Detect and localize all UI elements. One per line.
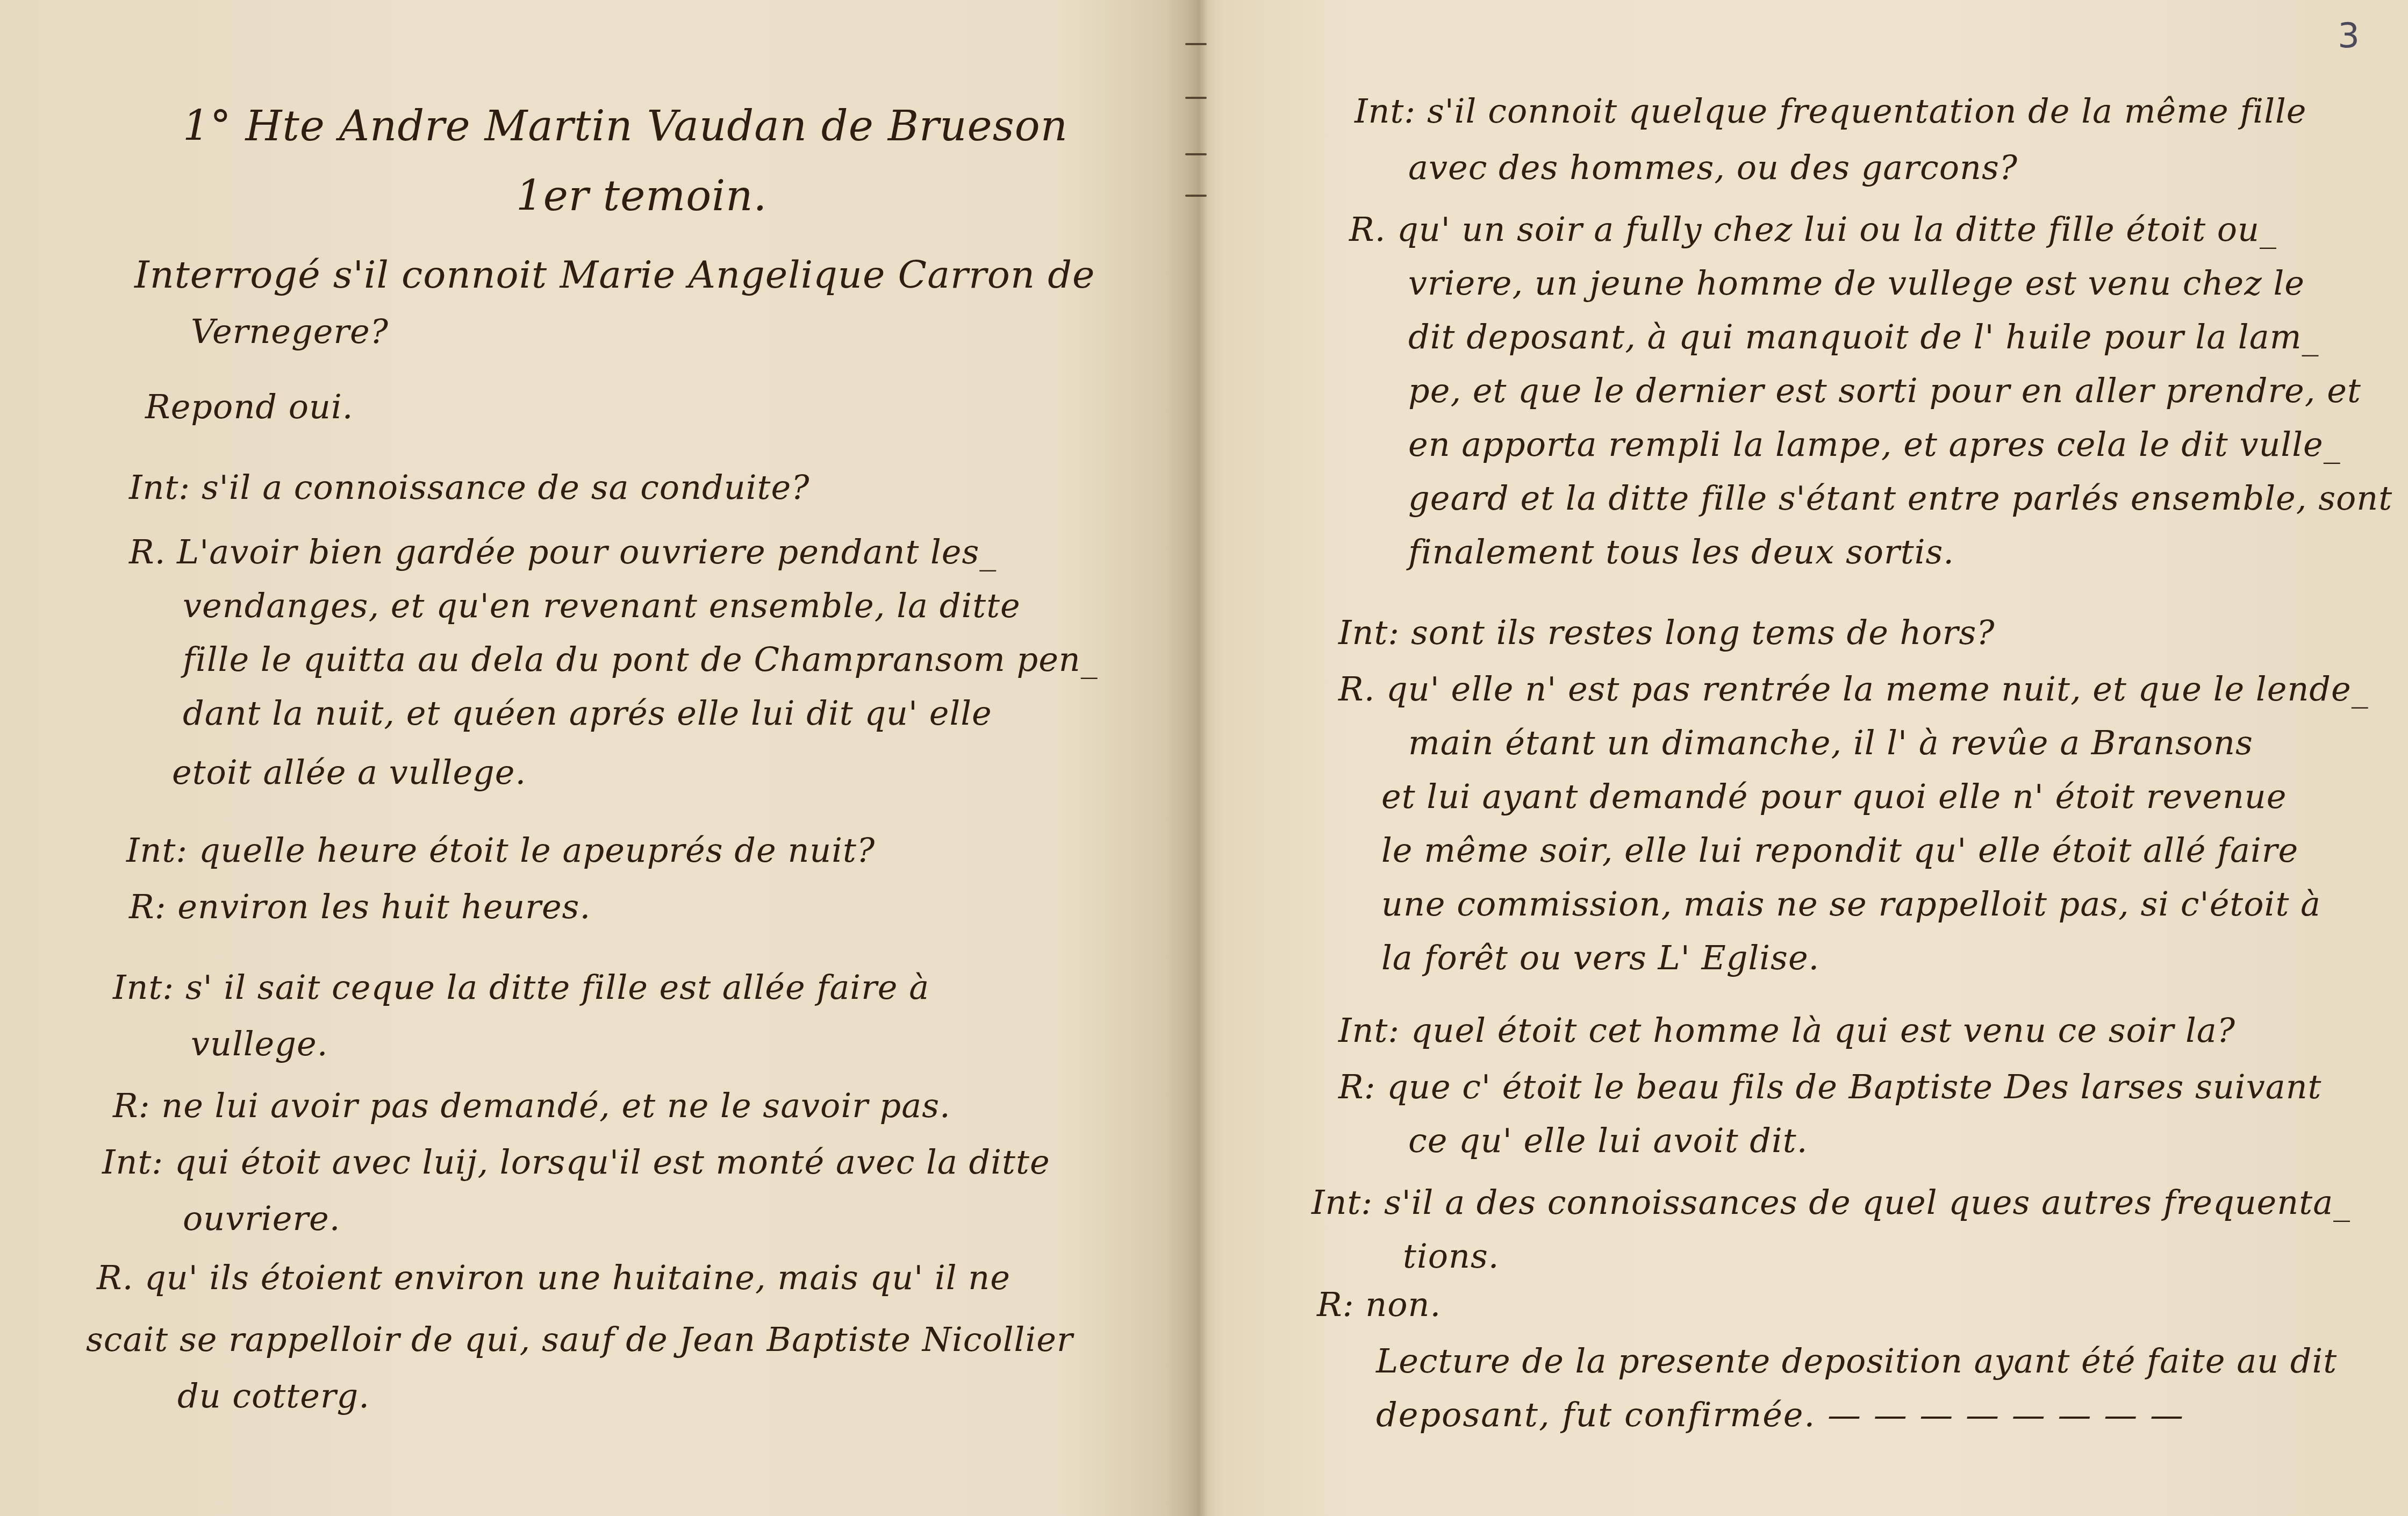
- text-line: Interrogé s'il connoit Marie Angelique C…: [134, 253, 1095, 297]
- witness-label: 1er temoin.: [516, 172, 767, 220]
- text-line: Int: quelle heure étoit le apeuprés de n…: [126, 831, 875, 870]
- text-line: scait se rappelloir de qui, sauf de Jean…: [86, 1320, 1073, 1359]
- text-line: en apporta rempli la lampe, et apres cel…: [1408, 425, 2341, 464]
- text-line: tions.: [1403, 1236, 1500, 1276]
- text-line: R: non.: [1317, 1285, 1441, 1324]
- text-line: finalement tous les deux sortis.: [1408, 532, 1954, 571]
- text-line: Vernegere?: [191, 312, 389, 351]
- deposition-heading: 1° Hte Andre Martin Vaudan de Brueson: [183, 102, 1068, 151]
- text-line: du cotterg.: [177, 1376, 370, 1415]
- text-line: fille le quitta au dela du pont de Champ…: [183, 640, 1098, 679]
- text-line: dant la nuit, et quéen aprés elle lui di…: [183, 693, 992, 733]
- text-line: vriere, un jeune homme de vullege est ve…: [1408, 263, 2305, 303]
- text-line: R: que c' étoit le beau fils de Baptiste…: [1338, 1067, 2321, 1106]
- text-line: main étant un dimanche, il l' à revûe a …: [1408, 723, 2253, 762]
- text-line: Int: s'il a connoissance de sa conduite?: [129, 468, 809, 507]
- page-number: 3: [2338, 16, 2360, 56]
- text-line: etoit allée a vullege.: [172, 753, 526, 792]
- text-line: ouvriere.: [183, 1199, 340, 1238]
- text-line: Int: s'il a des connoissances de quel qu…: [1311, 1183, 2350, 1222]
- text-line: dit deposant, à qui manquoit de l' huile…: [1408, 317, 2319, 356]
- right-page: 3 Int: s'il connoit quelque frequentatio…: [1199, 0, 2408, 1516]
- text-line: Repond oui.: [145, 387, 354, 426]
- left-page: 1° Hte Andre Martin Vaudan de Brueson 1e…: [0, 0, 1182, 1516]
- text-line: Int: qui étoit avec luij, lorsqu'il est …: [102, 1142, 1050, 1182]
- text-line: Int: sont ils restes long tems de hors?: [1338, 613, 1995, 652]
- text-line: vullege.: [191, 1024, 328, 1063]
- text-line: ce qu' elle lui avoit dit.: [1408, 1121, 1808, 1160]
- text-line: R. qu' elle n' est pas rentrée la meme n…: [1338, 669, 2369, 709]
- text-line: vendanges, et qu'en revenant ensemble, l…: [183, 586, 1021, 625]
- text-line: R. qu' un soir a fully chez lui ou la di…: [1349, 210, 2277, 249]
- text-line: R: environ les huit heures.: [129, 887, 591, 926]
- text-line: avec des hommes, ou des garcons?: [1408, 148, 2018, 187]
- text-line: et lui ayant demandé pour quoi elle n' é…: [1381, 777, 2287, 816]
- text-line: Int: quel étoit cet homme là qui est ven…: [1338, 1011, 2235, 1050]
- text-line: le même soir, elle lui repondit qu' elle…: [1381, 831, 2298, 870]
- text-line: la forêt ou vers L' Eglise.: [1381, 938, 1819, 977]
- text-line: geard et la ditte fille s'étant entre pa…: [1408, 478, 2392, 518]
- text-line: R. L'avoir bien gardée pour ouvriere pen…: [129, 532, 997, 571]
- manuscript-spread: 1° Hte Andre Martin Vaudan de Brueson 1e…: [0, 0, 2408, 1516]
- text-line: une commission, mais ne se rappelloit pa…: [1381, 884, 2321, 924]
- text-line: R: ne lui avoir pas demandé, et ne le sa…: [113, 1086, 951, 1125]
- text-line: deposant, fut confirmée. — — — — — — — —: [1376, 1395, 2184, 1434]
- text-line: R. qu' ils étoient environ une huitaine,…: [97, 1258, 1010, 1297]
- text-line: Lecture de la presente deposition ayant …: [1376, 1341, 2337, 1381]
- text-line: Int: s'il connoit quelque frequentation …: [1354, 91, 2307, 131]
- text-line: Int: s' il sait ceque la ditte fille est…: [113, 968, 929, 1007]
- text-line: pe, et que le dernier est sorti pour en …: [1408, 371, 2361, 410]
